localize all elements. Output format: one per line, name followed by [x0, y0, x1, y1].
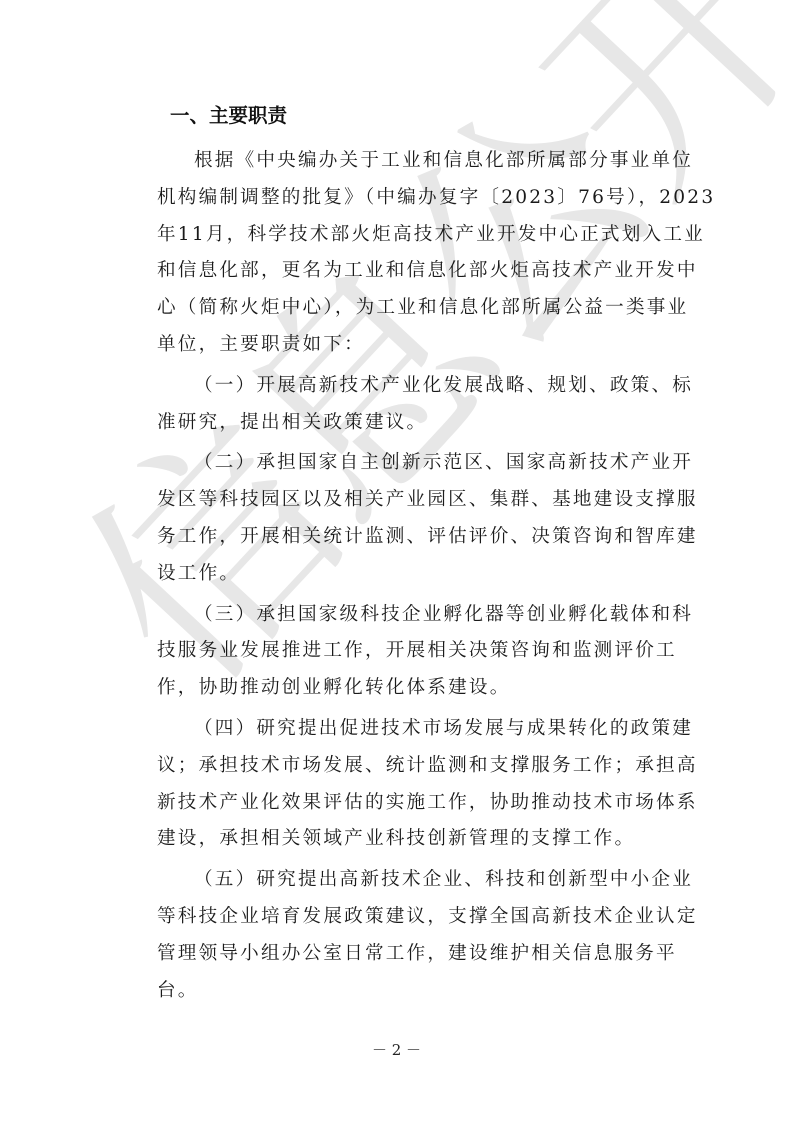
text-line: 新技术产业化效果评估的实施工作，协助推动技术市场体系	[120, 785, 676, 822]
paragraph-item-5: （五）研究提出高新技术企业、科技和创新型中小企业 等科技企业培育发展政策建议，支…	[120, 862, 676, 1009]
text-line: 机构编制调整的批复》（中编办复字〔2023〕76号），2023	[120, 180, 676, 217]
text-line: 管理领导小组办公室日常工作，建设维护相关信息服务平	[120, 936, 676, 973]
paragraph-intro: 根据《中央编办关于工业和信息化部所属部分事业单位 机构编制调整的批复》（中编办复…	[120, 143, 676, 364]
text-line: 台。	[120, 973, 676, 1010]
text-line: 年11月，科学技术部火炬高技术产业开发中心正式划入工业	[120, 217, 676, 254]
text-line: 等科技企业培育发展政策建议，支撑全国高新技术企业认定	[120, 899, 676, 936]
document-page: 信息公开 一、主要职责 根据《中央编办关于工业和信息化部所属部分事业单位 机构编…	[0, 0, 793, 1122]
text-line: （四）研究提出促进技术市场发展与成果转化的政策建	[120, 711, 676, 748]
paragraph-item-3: （三）承担国家级科技企业孵化器等创业孵化载体和科 技服务业发展推进工作，开展相关…	[120, 597, 676, 707]
text-line: 议；承担技术市场发展、统计监测和支撑服务工作；承担高	[120, 748, 676, 785]
paragraph-item-2: （二）承担国家自主创新示范区、国家高新技术产业开 发区等科技园区以及相关产业园区…	[120, 445, 676, 592]
text-line: （一）开展高新技术产业化发展战略、规划、政策、标	[120, 368, 676, 405]
paragraph-item-1: （一）开展高新技术产业化发展战略、规划、政策、标 准研究，提出相关政策建议。	[120, 368, 676, 442]
text-line: 准研究，提出相关政策建议。	[120, 405, 676, 442]
text-line: 务工作，开展相关统计监测、评估评价、决策咨询和智库建	[120, 519, 676, 556]
text-line: 设工作。	[120, 556, 676, 593]
page-number: － 2 －	[0, 1039, 793, 1060]
text-line: 根据《中央编办关于工业和信息化部所属部分事业单位	[120, 143, 676, 180]
document-body: 一、主要职责 根据《中央编办关于工业和信息化部所属部分事业单位 机构编制调整的批…	[120, 98, 676, 1009]
text-line: 技服务业发展推进工作，开展相关决策咨询和监测评价工	[120, 633, 676, 670]
paragraph-item-4: （四）研究提出促进技术市场发展与成果转化的政策建 议；承担技术市场发展、统计监测…	[120, 711, 676, 858]
text-line: 心（简称火炬中心），为工业和信息化部所属公益一类事业	[120, 290, 676, 327]
text-line: 建设，承担相关领域产业科技创新管理的支撑工作。	[120, 821, 676, 858]
text-line: 发区等科技园区以及相关产业园区、集群、基地建设支撑服	[120, 482, 676, 519]
text-line: （五）研究提出高新技术企业、科技和创新型中小企业	[120, 862, 676, 899]
text-line: 和信息化部，更名为工业和信息化部火炬高技术产业开发中	[120, 253, 676, 290]
text-line: （二）承担国家自主创新示范区、国家高新技术产业开	[120, 445, 676, 482]
text-line: 单位，主要职责如下：	[120, 327, 676, 364]
text-line: （三）承担国家级科技企业孵化器等创业孵化载体和科	[120, 597, 676, 634]
text-line: 作，协助推动创业孵化转化体系建设。	[120, 670, 676, 707]
section-heading: 一、主要职责	[170, 98, 676, 134]
